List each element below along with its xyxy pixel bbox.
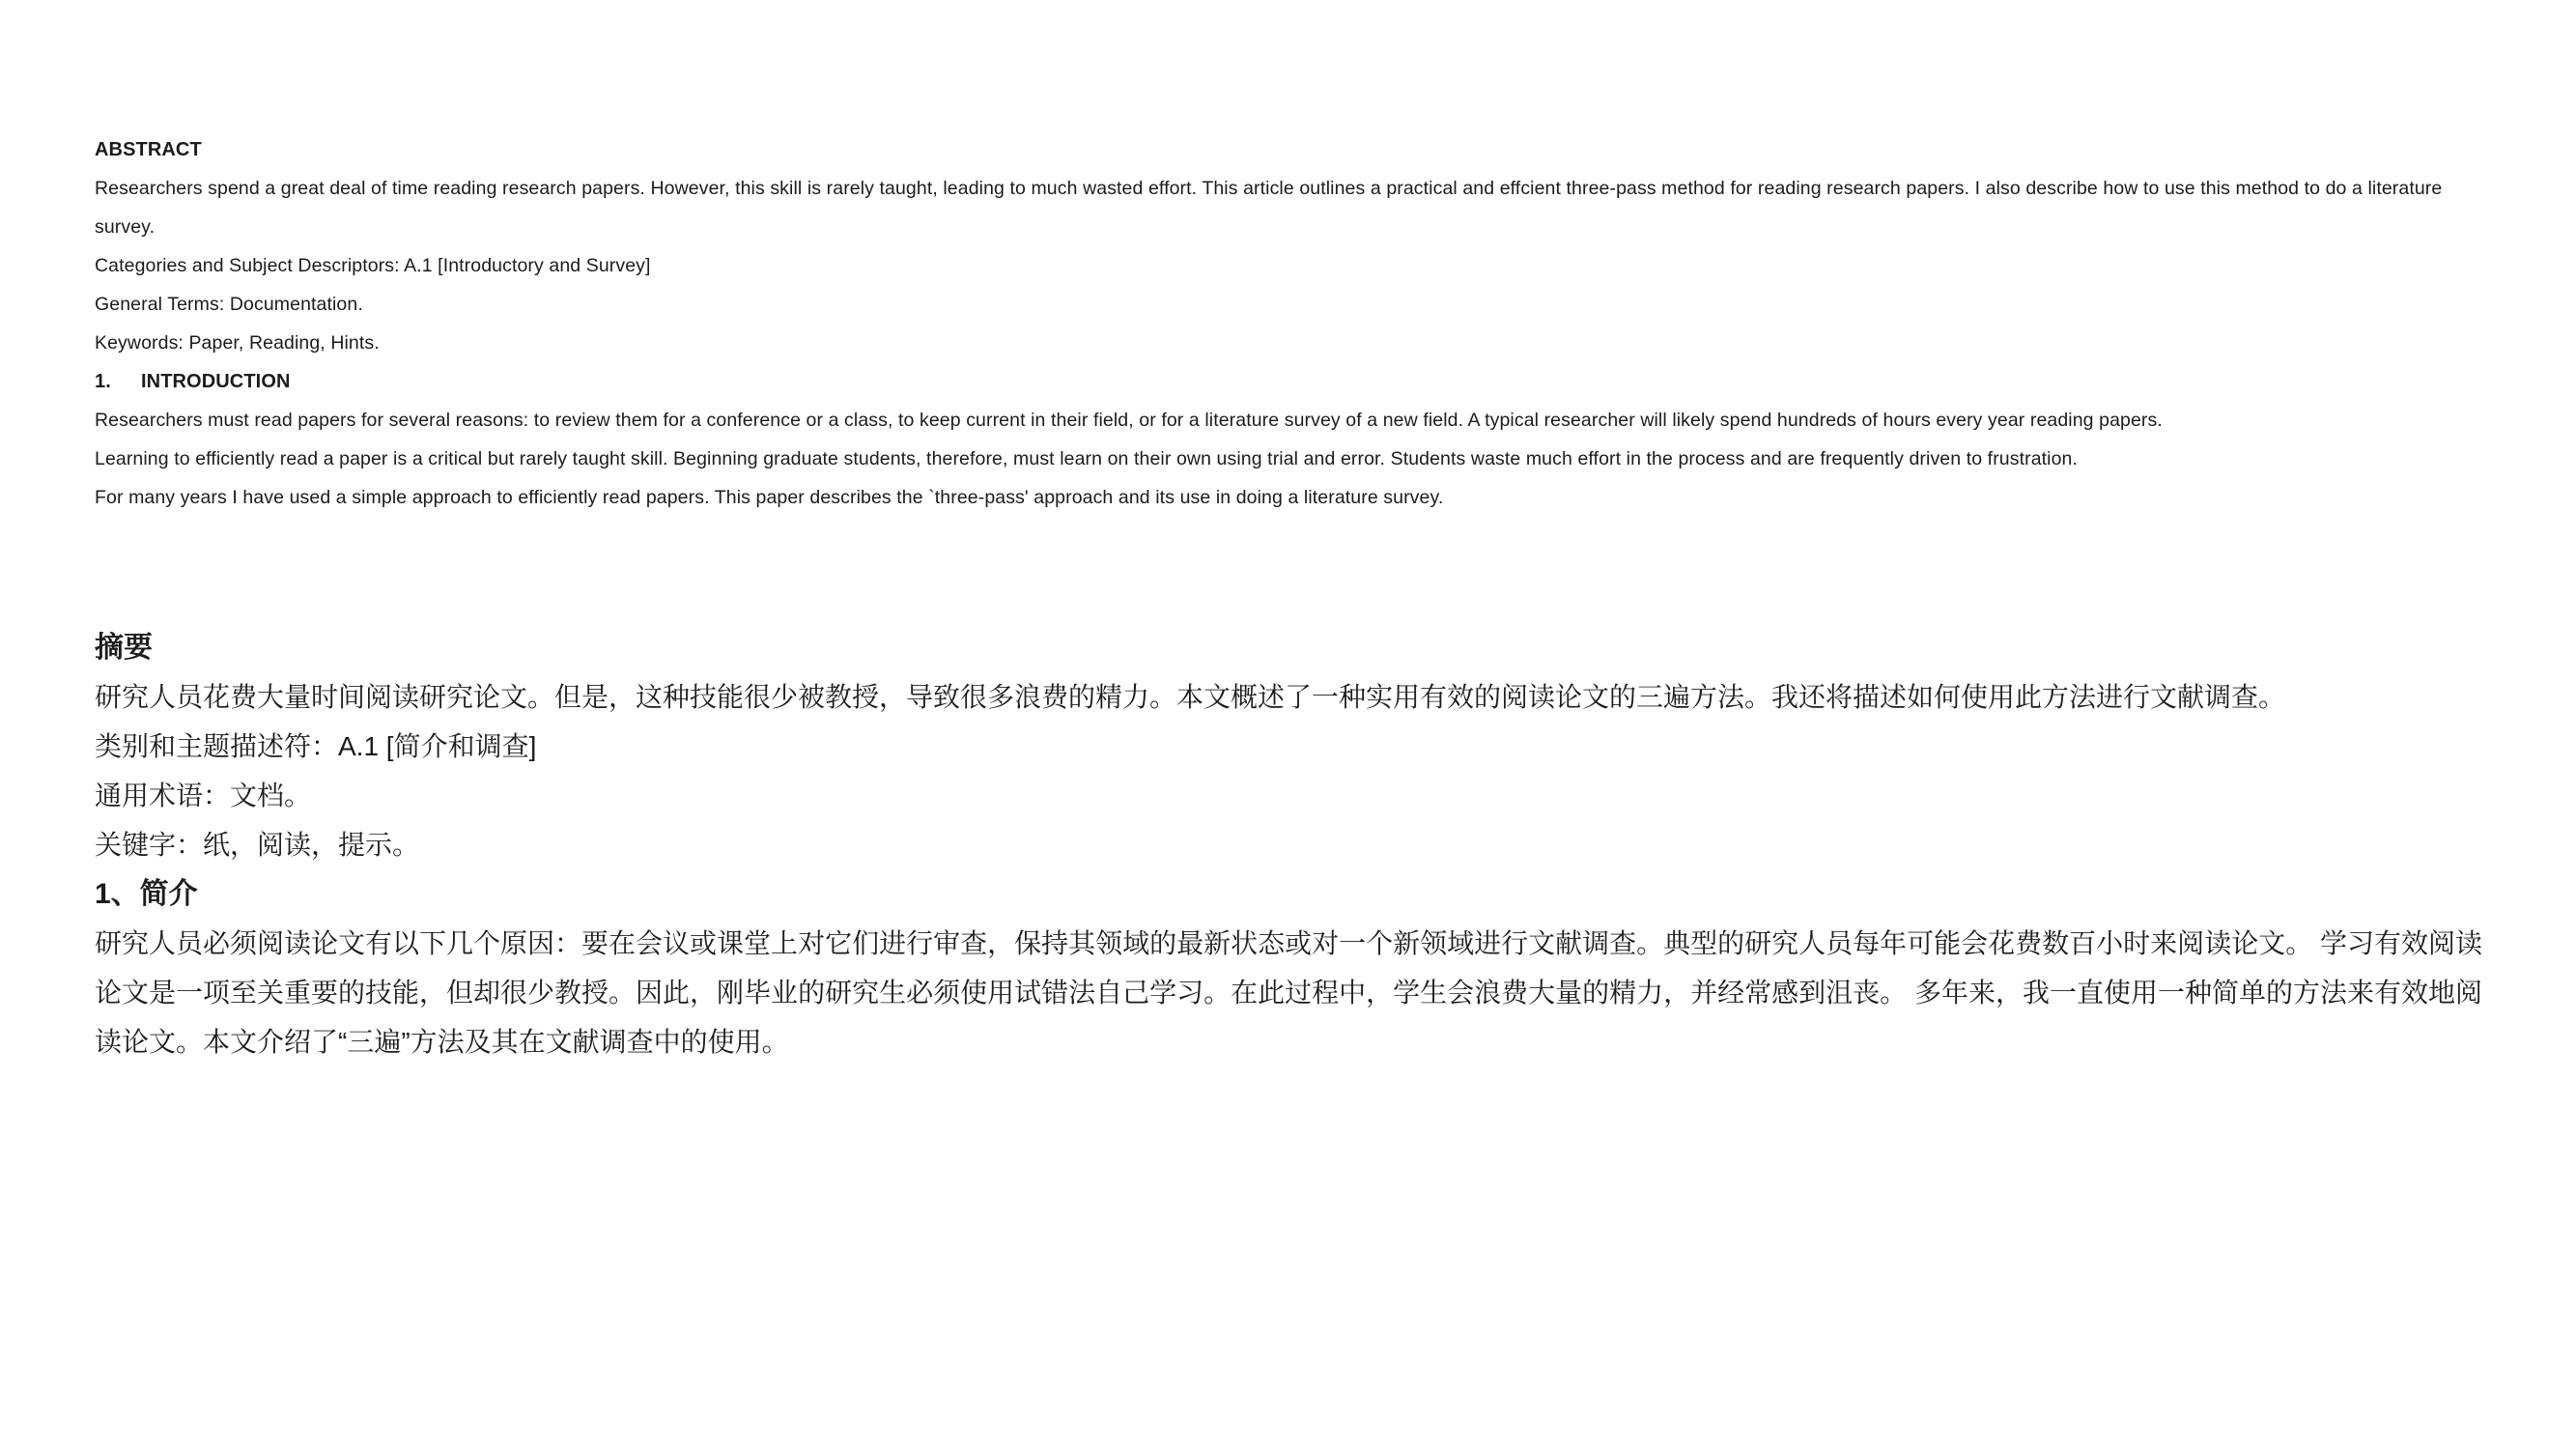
- introduction-paragraph: Learning to efficiently read a paper is …: [95, 440, 2456, 478]
- chinese-introduction-paragraph: 研究人员必须阅读论文有以下几个原因：要在会议或课堂上对它们进行审查，保持其领域的…: [95, 919, 2482, 1066]
- chinese-abstract-paragraph: 研究人员花费大量时间阅读研究论文。但是，这种技能很少被教授，导致很多浪费的精力。…: [95, 672, 2482, 722]
- chinese-introduction-heading: 1、简介: [95, 869, 2482, 919]
- abstract-heading: ABSTRACT: [95, 130, 2456, 169]
- chinese-abstract-heading: 摘要: [95, 623, 2482, 672]
- abstract-paragraph: Researchers spend a great deal of time r…: [95, 169, 2456, 246]
- keywords-line: Keywords: Paper, Reading, Hints.: [95, 324, 2456, 362]
- chinese-general-terms-line: 通用术语：文档。: [95, 771, 2482, 820]
- introduction-heading-label: INTRODUCTION: [141, 371, 291, 392]
- introduction-heading: 1.INTRODUCTION: [95, 362, 2456, 401]
- introduction-paragraph: For many years I have used a simple appr…: [95, 478, 2456, 517]
- general-terms-line: General Terms: Documentation.: [95, 285, 2456, 324]
- introduction-heading-number: 1.: [95, 362, 141, 401]
- introduction-paragraph: Researchers must read papers for several…: [95, 401, 2456, 440]
- chinese-keywords-line: 关键字：纸，阅读，提示。: [95, 820, 2482, 869]
- english-section: ABSTRACT Researchers spend a great deal …: [95, 130, 2456, 517]
- document-page: ABSTRACT Researchers spend a great deal …: [0, 0, 2576, 1449]
- chinese-categories-line: 类别和主题描述符：A.1 [简介和调查]: [95, 722, 2482, 771]
- chinese-section: 摘要 研究人员花费大量时间阅读研究论文。但是，这种技能很少被教授，导致很多浪费的…: [95, 623, 2482, 1066]
- categories-line: Categories and Subject Descriptors: A.1 …: [95, 246, 2456, 285]
